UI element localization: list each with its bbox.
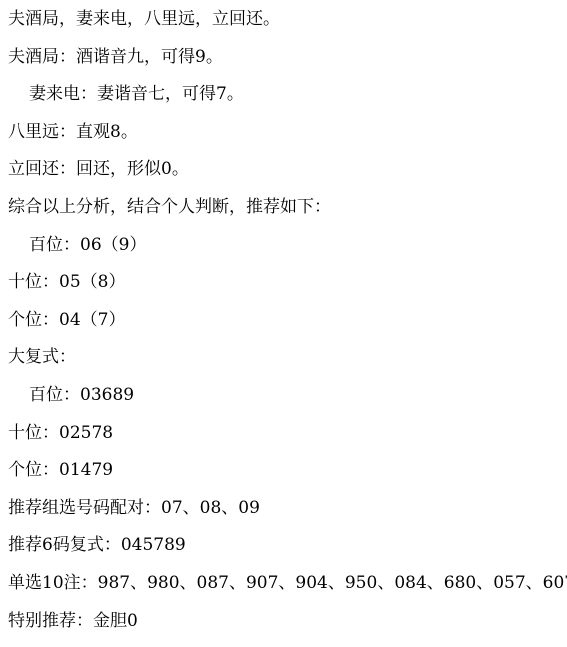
paragraph-single-picks: 单选10注：987、980、087、907、904、950、084、680、05…	[8, 565, 567, 603]
paragraph-clue-7: 妻来电：妻谐音七，可得7。	[8, 76, 567, 114]
paragraph-clue-0: 立回还：回还，形似0。	[8, 151, 567, 189]
paragraph-group-pairs: 推荐组选号码配对：07、08、09	[8, 490, 567, 528]
paragraph-clue-9: 夫酒局：酒谐音九，可得9。	[8, 39, 567, 77]
paragraph-duplex-hundreds: 百位：03689	[8, 377, 567, 415]
paragraph-duplex-tens: 十位：02578	[8, 415, 567, 453]
paragraph-tens-pick: 十位：05（8）	[8, 264, 567, 302]
paragraph-hundreds-pick: 百位：06（9）	[8, 227, 567, 265]
paragraph-summary-intro: 综合以上分析，结合个人判断，推荐如下：	[8, 189, 567, 227]
paragraph-riddle: 夫酒局，妻来电，八里远，立回还。	[8, 1, 567, 39]
paragraph-duplex-heading: 大复式：	[8, 339, 567, 377]
paragraph-duplex-ones: 个位：01479	[8, 452, 567, 490]
paragraph-ones-pick: 个位：04（7）	[8, 302, 567, 340]
document-body: 夫酒局，妻来电，八里远，立回还。 夫酒局：酒谐音九，可得9。 妻来电：妻谐音七，…	[8, 1, 567, 640]
paragraph-special-pick: 特别推荐：金胆0	[8, 603, 567, 641]
paragraph-6code-duplex: 推荐6码复式：045789	[8, 527, 567, 565]
document-page: 夫酒局，妻来电，八里远，立回还。 夫酒局：酒谐音九，可得9。 妻来电：妻谐音七，…	[0, 0, 567, 647]
paragraph-clue-8: 八里远：直观8。	[8, 114, 567, 152]
